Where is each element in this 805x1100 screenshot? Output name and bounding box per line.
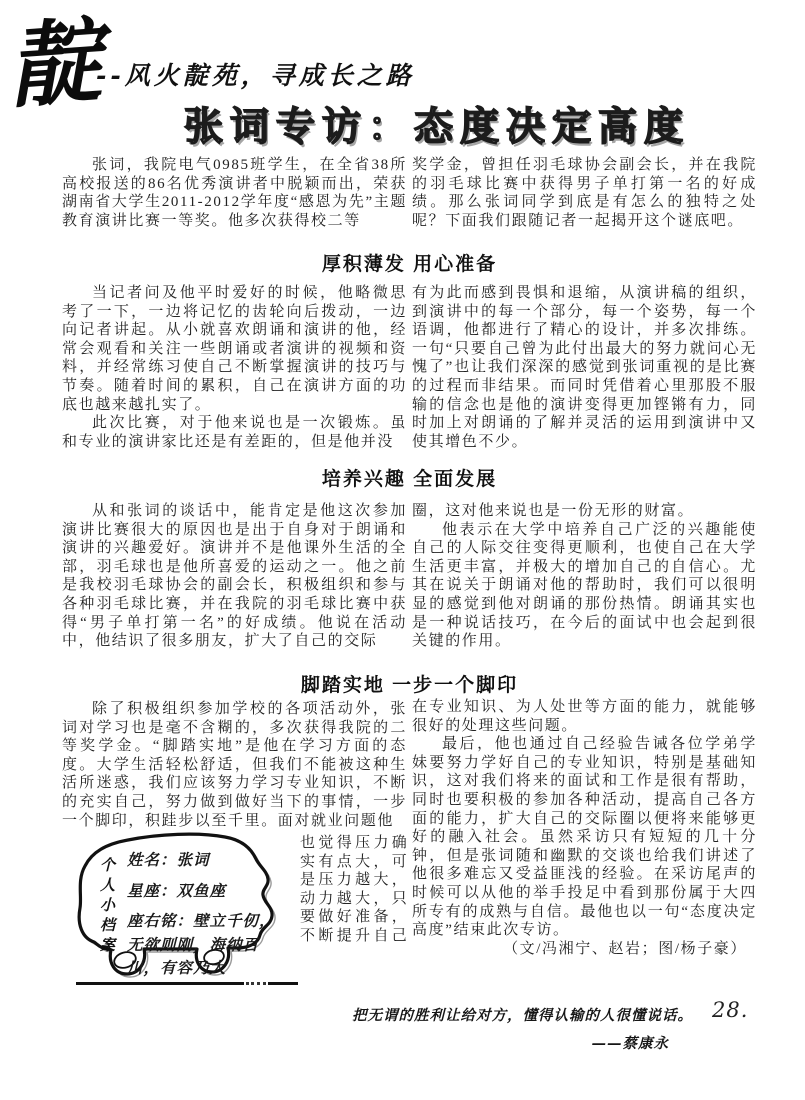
section1-right-column: 有为此而感到畏惧和退缩，从演讲稿的组织，到演讲中的每一个部分，每一个姿势，每一个… — [412, 284, 757, 451]
magazine-page: 靛 --风火靛苑，寻成长之路 张词专访：态度决定高度 张词，我院电气0985班学… — [0, 0, 805, 1100]
profile-zodiac: 星座：双鱼座 — [127, 879, 297, 901]
masthead-calligraphy-logo: 靛 — [5, 15, 103, 113]
footer-quote-attribution: ——蔡康永 — [352, 1032, 697, 1053]
footer-quote-block: 把无谓的胜利让给对方，懂得认输的人很懂说话。 ——蔡康永 — [352, 1004, 697, 1053]
section2-paragraph-1: 从和张词的谈话中，能肯定是他这次参加演讲比赛很大的原因也是出于自身对于朗诵和演讲… — [62, 502, 407, 651]
section1-paragraph-continued: 有为此而感到畏惧和退缩，从演讲稿的组织，到演讲中的每一个部分，每一个姿势，每一个… — [412, 284, 757, 451]
section-heading-down-to-earth: 脚踏实地 一步一个脚印 — [62, 670, 757, 697]
profile-motto-line3: 川，有容乃大 — [127, 956, 297, 978]
section-heading-preparation: 厚积薄发 用心准备 — [62, 249, 757, 276]
ground-line-dotted — [246, 982, 266, 985]
section3-paragraph-2: 最后，他也通过自己经验告诫各位学弟学妹要努力学好自己的专业知识，特别是基础知识，… — [412, 735, 757, 940]
intro-left-column: 张词，我院电气0985班学生，在全省38所高校报送的86名优秀演讲者中脱颖而出，… — [62, 156, 407, 230]
masthead-slogan: --风火靛苑，寻成长之路 — [96, 56, 415, 92]
profile-motto-line2: 无欲则刚，海纳百 — [127, 933, 297, 955]
profile-name: 姓名：张词 — [127, 848, 297, 870]
section3-wrap-column: 也觉得压力确实有点大，可是压力越大，动力越大，只要做好准备，不断提升自己 — [300, 834, 408, 946]
section3-paragraph-continued: 在专业知识、为人处世等方面的能力，就能够很好的处理这些问题。 — [412, 698, 757, 735]
profile-card-label: 个人小档案 — [97, 857, 118, 957]
section2-right-column: 圈，这对他来说也是一份无形的财富。 他表示在大学中培养自己广泛的兴趣能使自己的人… — [412, 502, 757, 651]
section3-paragraph-1-wrapped: 也觉得压力确实有点大，可是压力越大，动力越大，只要做好准备，不断提升自己 — [300, 834, 408, 946]
section2-paragraph-2: 他表示在大学中培养自己广泛的兴趣能使自己的人际交往变得更顺利，也使自己在大学生活… — [412, 521, 757, 651]
section1-paragraph-1: 当记者问及他平时爱好的时候，他略微思考了一下，一边将记忆的齿轮向后拨动，一边向记… — [62, 284, 407, 414]
ground-line-end — [268, 982, 298, 985]
section3-right-column: 在专业知识、为人处世等方面的能力，就能够很好的处理这些问题。 最后，他也通过自己… — [412, 698, 757, 958]
section3-left-column: 除了积极组织参加学校的各项活动外，张词对学习也是毫不含糊的，多次获得我院的二等奖… — [62, 700, 407, 830]
ground-line — [76, 982, 244, 985]
intro-right-column: 奖学金，曾担任羽毛球协会副会长，并在我院的羽毛球比赛中获得男子单打第一名的好成绩… — [412, 156, 757, 230]
section1-left-column: 当记者问及他平时爱好的时候，他略微思考了一下，一边将记忆的齿轮向后拨动，一边向记… — [62, 284, 407, 451]
profile-motto-line1: 座右铭：壁立千仞， — [127, 909, 297, 931]
page-number: 28. — [712, 998, 748, 1022]
section3-paragraph-1: 除了积极组织参加学校的各项活动外，张词对学习也是毫不含糊的，多次获得我院的二等奖… — [62, 700, 407, 830]
intro-paragraph-right: 奖学金，曾担任羽毛球协会副会长，并在我院的羽毛球比赛中获得男子单打第一名的好成绩… — [412, 156, 757, 230]
section2-left-column: 从和张词的谈话中，能肯定是他这次参加演讲比赛很大的原因也是出于自身对于朗诵和演讲… — [62, 502, 407, 651]
intro-paragraph-left: 张词，我院电气0985班学生，在全省38所高校报送的86名优秀演讲者中脱颖而出，… — [62, 156, 407, 230]
section-heading-interests: 培养兴趣 全面发展 — [62, 464, 757, 491]
footer-quote-text: 把无谓的胜利让给对方，懂得认输的人很懂说话。 — [352, 1004, 697, 1025]
article-title: 张词专访：态度决定高度 — [184, 96, 690, 152]
section1-paragraph-2: 此次比赛，对于他来说也是一次锻炼。虽和专业的演讲家比还是有差距的，但是他并没 — [62, 414, 407, 451]
article-byline: （文/冯湘宁、赵岩；图/杨子豪） — [412, 940, 757, 959]
section2-paragraph-continued: 圈，这对他来说也是一份无形的财富。 — [412, 502, 757, 521]
